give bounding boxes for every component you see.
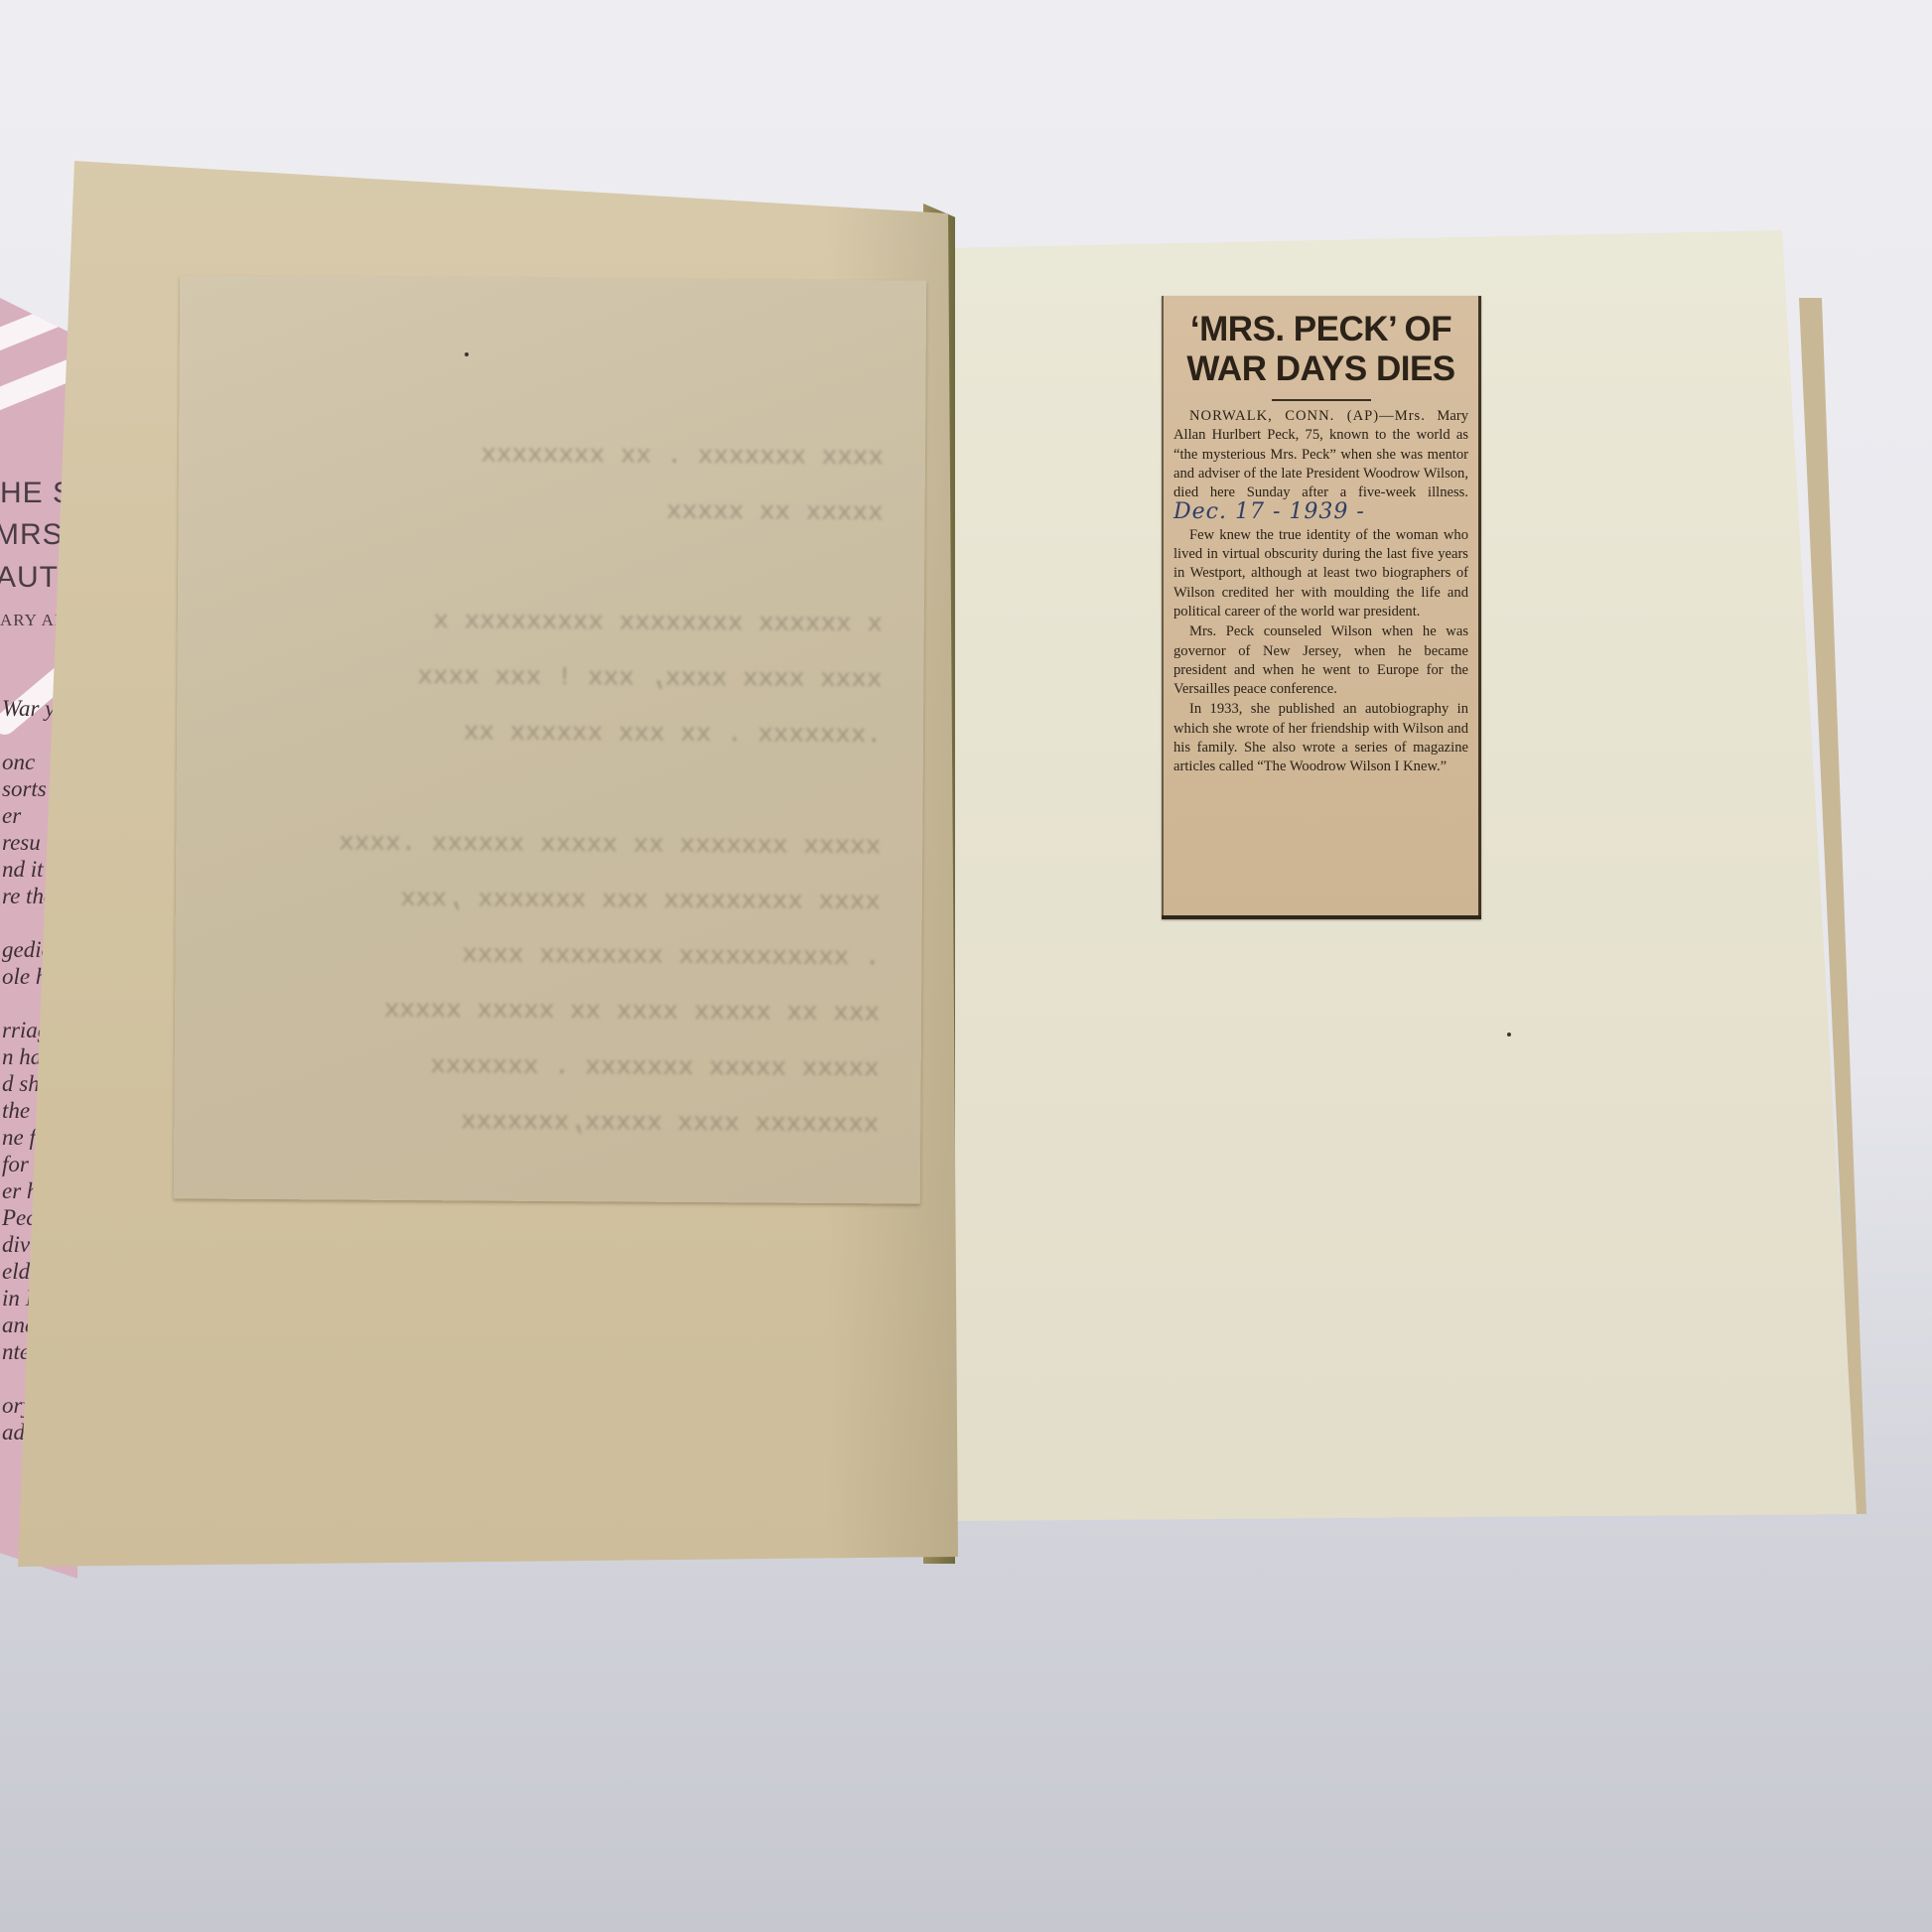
headline-rule	[1272, 399, 1371, 401]
handwritten-date: Dec. 17 - 1939 -	[1173, 499, 1365, 524]
typewritten-sheet: xxxx xxxxxxx . xx xxxxxxxx xxxxx xx xxxx…	[174, 275, 926, 1203]
clipping-paragraph: Few knew the true identity of the woman …	[1173, 526, 1468, 621]
clipping-paragraph: Mrs. Peck counseled Wilson when he was g…	[1173, 622, 1468, 699]
clipping-bottom-rule	[1162, 915, 1481, 919]
clipping-headline: ‘MRS. PECK’ OF WAR DAYS DIES	[1173, 310, 1468, 389]
clipping-dateline: NORWALK, CONN. (AP)—Mrs.	[1189, 408, 1426, 424]
newspaper-clipping: ‘MRS. PECK’ OF WAR DAYS DIES NORWALK, CO…	[1162, 296, 1481, 919]
clipping-article: NORWALK, CONN. (AP)—Mrs. Mary Allan Hurl…	[1173, 407, 1468, 777]
paper-speck	[465, 352, 469, 356]
paper-speck	[1507, 1033, 1511, 1036]
plastic-glare	[0, 298, 77, 354]
clipping-paragraph: In 1933, she published an autobiography …	[1173, 700, 1468, 776]
typed-text-bleedthrough: xxxx xxxxxxx . xx xxxxxxxx xxxxx xx xxxx…	[243, 425, 884, 1152]
